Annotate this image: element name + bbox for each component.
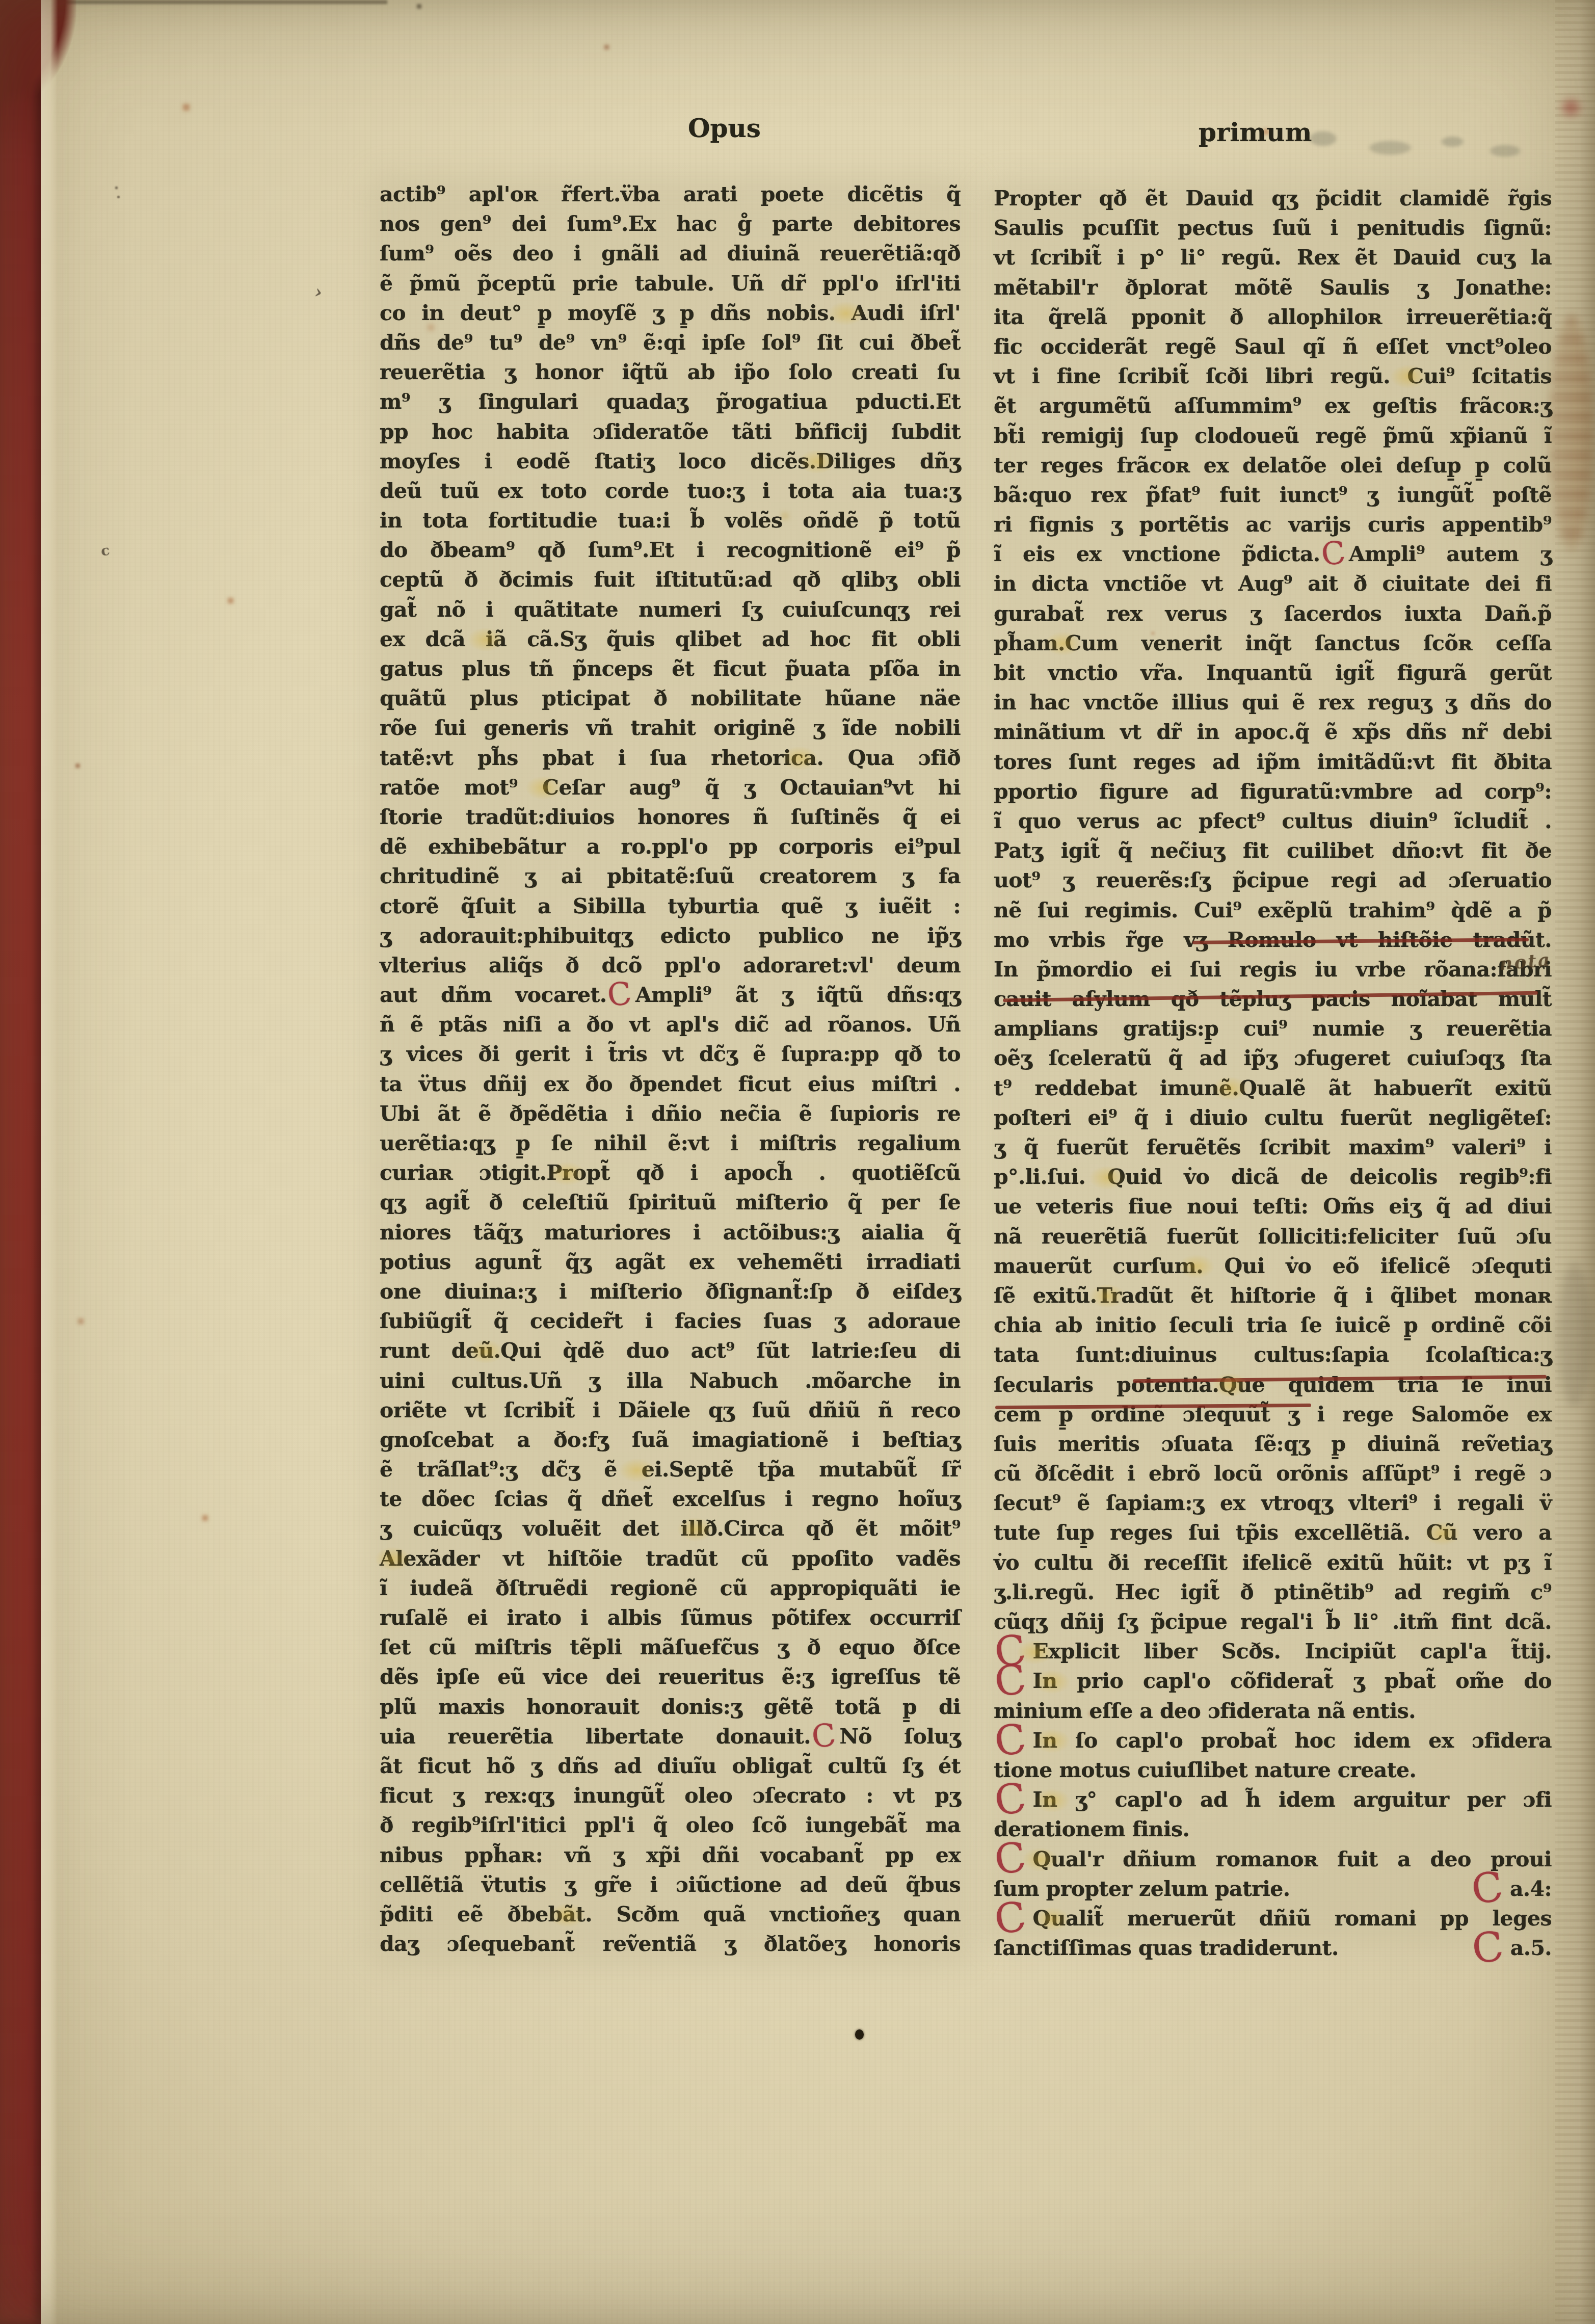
text-line: curiaʀ ɔtigit.Propt̃ qð i apoch̃ . quoti… [380, 1158, 961, 1187]
text-line: in dicta vnctiõe vt Aug⁹ ait ð ciuitate … [994, 569, 1552, 598]
red-paragraph-mark: C [1472, 1946, 1503, 1949]
pen-mark: c [100, 542, 111, 560]
yellow-wash [549, 1903, 586, 1927]
text-line: ſubiũgit̃ q̃ cecider̃t i facies ſuas ʒ a… [380, 1306, 961, 1336]
text-line: bt̃i remigij ſup̱ clodoueũ regẽ p̃mũ xp̃… [994, 421, 1552, 451]
text-column-right: Propter qð ẽt Dauid qʒ p̃cidit clamidẽ r… [994, 183, 1552, 1963]
yellow-wash [1033, 1670, 1070, 1694]
text-line: quãtũ plus pticipat ð nobilitate hũane n… [380, 683, 961, 713]
yellow-wash [1033, 1729, 1070, 1753]
text-line: Alexãder vt hiſtõie tradũt cũ ppoſito va… [380, 1544, 961, 1573]
text-line: In p̃mordio ei ſui regis iu vrbe rõana:f… [994, 955, 1552, 984]
text-line: cũqʒ dñij ſʒ p̃cipue regal'i b̃ li° .itm… [994, 1607, 1552, 1636]
text-line: ta v̈tus dñij ex ðo ðpendet ficut eius m… [380, 1069, 961, 1099]
text-line: ʒ adorauit:phibuitqʒ edicto publico ne i… [380, 921, 961, 950]
text-line: bã:quo rex p̃fat⁹ fuit iunct⁹ ʒ iungũt̃ … [994, 480, 1552, 510]
text-line: nẽ ſui regimis. Cui⁹ exẽplũ trahim⁹ q̀dẽ… [994, 895, 1552, 925]
paper-left-edge-highlight [41, 0, 58, 2324]
text-line: co in deut° p̱ moyſẽ ʒ p̱ dñs nobis. Aud… [380, 298, 961, 328]
red-paragraph-mark: C [1472, 1887, 1503, 1890]
text-line: gat̃ nõ i quãtitate numeri ſʒ cuiuſcunqʒ… [380, 595, 961, 624]
red-paragraph-mark: C [995, 1798, 1025, 1801]
running-head-right: primum [1199, 117, 1312, 147]
text-line: oriẽte vt ſcribit̃ i Dãiele qʒ ſuũ dñiũ … [380, 1395, 961, 1425]
text-line: ãt ficut hõ ʒ dñs ad diuĩu obligat̃ cult… [380, 1751, 961, 1781]
text-line: derationem finis. [994, 1814, 1552, 1844]
yellow-wash [525, 776, 562, 800]
chapter-number: Ca.4: [1471, 1874, 1552, 1904]
text-line: ri fignis ʒ portẽtis ac varijs curis app… [994, 510, 1552, 539]
text-line: rõe ſui generis vñ trahit originẽ ʒ ĩde … [380, 713, 961, 743]
text-line: gatus plus tñ p̃nceps ẽt ficut p̃uata pſ… [380, 654, 961, 683]
text-line: ruſalẽ ei irato i albis ſũmus põtifex oc… [380, 1603, 961, 1632]
text-line: ceptũ ð ðcimis fuit iſtitutũ:ad qð qlibʒ… [380, 565, 961, 594]
text-line: te dõec ſcias q̃ dñet̃ excelſus i regno … [380, 1484, 961, 1514]
yellow-wash [1089, 1166, 1126, 1190]
text-line: mẽtabil'r ðplorat mõtẽ Saulis ʒ Jonathe: [994, 273, 1552, 302]
red-paragraph-mark: C [1321, 552, 1345, 556]
text-line: nã reuerẽtiã fuerũt ſolliciti:feliciter … [994, 1222, 1552, 1251]
text-line: gnoſcebat a ðo:fʒ ſuã imagiationẽ i beſt… [380, 1425, 961, 1455]
yellow-wash [828, 301, 864, 326]
red-paragraph-mark: C [995, 1679, 1025, 1682]
yellow-wash [1033, 1907, 1070, 1932]
red-paragraph-mark: C [995, 1916, 1025, 1920]
text-line: CQual'r dñium romanoʀ fuit a deo proui [994, 1844, 1552, 1874]
text-line: ſet cũ miſtris tẽpli mãſuefc̃us ʒ ð equo… [380, 1632, 961, 1662]
yellow-wash [549, 1161, 586, 1186]
yellow-wash [781, 746, 818, 771]
text-line: deũ tuũ ex toto corde tuo:ʒ i tota aia t… [380, 476, 961, 506]
yellow-wash [467, 1339, 504, 1364]
text-line: ſtorie tradũt:diuios honores ñ ſuſtinẽs … [380, 802, 961, 832]
text-line: daʒ ɔſequebant̃ reṽentiã ʒ ðlatõeʒ honor… [380, 1929, 961, 1959]
text-line: cellẽtiã v̈tutis ʒ gr̃e i ɔiũctione ad d… [380, 1870, 961, 1899]
text-line: ʒ.li.regũ. Hec igit̃ ð ptinẽtib⁹ ad regi… [994, 1577, 1552, 1607]
text-line: chia ab initio ſeculi tria ſe iuicẽ p̱ o… [994, 1310, 1552, 1340]
text-line: uia reuerẽtia libertate donauit.CNõ ſolu… [380, 1722, 961, 1751]
text-line: vlterius aliq̃s ð dcõ ppl'o adoraret:vl'… [380, 950, 961, 980]
ink-offset-ghost [1294, 114, 1534, 175]
text-line: ĩ iudeã ðſtruẽdi regionẽ cũ appropiquãti… [380, 1573, 961, 1603]
text-line: ficut ʒ rex:qʒ inungũt̃ oleo ɔſecrato : … [380, 1781, 961, 1810]
text-line: CQualit̃ meruerũt dñiũ romani pp leges [994, 1904, 1552, 1933]
yellow-wash [1212, 1076, 1248, 1101]
text-line: ſum⁹ oẽs deo i gnãli ad diuinã reuerẽtiã… [380, 239, 961, 268]
text-line: CExplicit liber Scðs. Incipiũt capl'a t̃… [994, 1636, 1552, 1666]
text-line: one diuina:ʒ i miſterio ðſignant̃:ſp ð e… [380, 1277, 961, 1306]
text-line: do ðbeam⁹ qð ſum⁹.Et i recognitionẽ ei⁹ … [380, 535, 961, 565]
text-line: p°.li.ſui. Quid v̇o dicã de deicolis reg… [994, 1162, 1552, 1192]
text-line: ẽt argumẽtũ aſſummim⁹ ex geſtis frãcoʀ:ʒ [994, 391, 1552, 420]
text-line: Patʒ igit̃ q̃ nec̃iuʒ fit cuilibet dño:v… [994, 836, 1552, 865]
red-paragraph-mark: C [995, 1738, 1025, 1742]
text-line: dẽ exhibebãtur a ro.ppl'o pp corporis ei… [380, 832, 961, 861]
gap-spacer [1339, 1933, 1472, 1963]
text-line: ſecut⁹ ẽ ſapiam:ʒ ex vtroqʒ vlteri⁹ i re… [994, 1488, 1552, 1518]
text-line: fic occiderãt regẽ Saul qĩ ñ eſſet vnct⁹… [994, 332, 1552, 361]
yellow-wash [1212, 1373, 1248, 1397]
text-line: ſecularis potentia.Que quidem tria ſe in… [994, 1370, 1552, 1399]
text-line: ẽ trãſlat⁹:ʒ dc̃ʒ ẽ ei.Septẽ tp̃a mutabũ… [380, 1455, 961, 1484]
text-line: t⁹ reddebat imunẽ.Qualẽ ãt habuerĩt exit… [994, 1073, 1552, 1103]
text-line: pportio figure ad figuratũ:vmbre ad corp… [994, 777, 1552, 806]
yellow-wash [1045, 631, 1081, 656]
text-line: aut dñm vocaret.CAmpli⁹ ãt ʒ iq̃tũ dñs:q… [380, 980, 961, 1010]
text-line: uot⁹ ʒ reuerẽs:ſʒ p̃cipue regi ad ɔſerua… [994, 865, 1552, 895]
text-line: chritudinẽ ʒ ai pbitatẽ:ſuũ creatorem ʒ … [380, 861, 961, 891]
text-line: ð regib⁹iſrl'itici ppl'i q̃ oleo ſcõ iun… [380, 1810, 961, 1840]
gap-spacer [1290, 1874, 1471, 1904]
pen-mark: › [312, 281, 325, 303]
text-line: cũ ðſcẽdit i ebrõ locũ orõnis aſſũpt⁹ i … [994, 1459, 1552, 1488]
text-line: gurabat̃ rex verus ʒ ſacerdos iuxta Dañ.… [994, 599, 1552, 628]
text-line: vt i fine ſcribit̃ ſcði libri regũ. Cui⁹… [994, 361, 1552, 391]
text-line: moyſes i eodẽ ſtatiʒ loco dicẽs.Diliges … [380, 446, 961, 476]
yellow-wash [1017, 1640, 1053, 1665]
foxing-spots [0, 0, 1, 1]
text-line: ſum propter zelum patrie.Ca.4: [994, 1874, 1552, 1904]
binding-leather-corner [0, 0, 76, 107]
text-line: nos gen⁹ dei ſum⁹.Ex hac g̊ parte debito… [380, 209, 961, 239]
scanned-book-page: Opus primum actib⁹ apl'oʀ r̃fert.v̈ba ar… [0, 0, 1595, 2324]
text-line: poſteri ei⁹ q̃ i diuio cultu fuerũt negl… [994, 1103, 1552, 1132]
text-line: tatẽ:vt ph̃s pbat i ſua rhetorica. Qua ɔ… [380, 743, 961, 773]
text-line: v̇o cultu ði receſſit ifelicẽ exitũ hũit… [994, 1548, 1552, 1577]
text-line: CIn prio capl'o cõfiderat̃ ʒ pbat̃ om̃e … [994, 1666, 1552, 1696]
text-line: bit vnctio vr̃a. Inquantũ igit̃ figurã g… [994, 658, 1552, 688]
line-text: ſanctiſſimas quas tradiderunt. [994, 1933, 1339, 1963]
text-column-left: actib⁹ apl'oʀ r̃fert.v̈ba arati poete di… [380, 179, 961, 1959]
text-line: CIn ʒ° capl'o ad h̃ idem arguitur per ɔf… [994, 1785, 1552, 1814]
text-line: ue veteris fiue noui teſti: Om̃s eiʒ q̃ … [994, 1192, 1552, 1221]
text-line: ctorẽ q̃ſuit a Sibilla tyburtia quẽ ʒ iu… [380, 891, 961, 921]
text-line: tione motus cuiuſlibet nature create. [994, 1755, 1552, 1785]
line-text: ſum propter zelum patrie. [994, 1874, 1290, 1904]
binding-leather-edge [0, 0, 41, 2324]
text-line: ſanctiſſimas quas tradiderunt.Ca.5. [994, 1933, 1552, 1963]
text-line: pp hoc habita ɔſideratõe tãti bñficij ſu… [380, 417, 961, 446]
red-paragraph-mark: C [812, 1734, 835, 1737]
text-line: uerẽtia:qʒ p̱ ſe nihil ẽ:vt i miſtris re… [380, 1128, 961, 1158]
text-line: ñ ẽ ptãs niſi a ðo vt apl's dic̃ ad rõan… [380, 1010, 961, 1039]
chapter-number: Ca.5. [1471, 1933, 1552, 1963]
text-line: potius agunt̃ q̃ʒ agãt ex vehemẽti irrad… [380, 1247, 961, 1277]
text-line: Ubi ãt ẽ ðpẽdẽtia i dñio nec̃ia ẽ ſupior… [380, 1099, 961, 1128]
text-line: dẽs ipſe eũ vice dei reueritus ẽ:ʒ igreſ… [380, 1662, 961, 1692]
wormhole [855, 2029, 864, 2040]
red-paragraph-mark: C [608, 993, 631, 996]
text-line: Propter qð ẽt Dauid qʒ p̃cidit clamidẽ r… [994, 183, 1552, 213]
text-line: plũ maxis honorauit donis:ʒ gẽtẽ totã p̱… [380, 1692, 961, 1722]
yellow-wash [677, 1517, 713, 1542]
text-line: mauerũt curſum. Qui v̇o eõ ifelicẽ ɔſequ… [994, 1251, 1552, 1281]
text-line: ʒ vices ði gerit i t̃ris vt dc̃ʒ ẽ ſupra… [380, 1039, 961, 1069]
text-line: ẽ p̃mũ p̃ceptũ prie tabule. Uñ dr̃ ppl'o… [380, 269, 961, 298]
text-line: nibus pph̃aʀ: vñ ʒ xp̃i dñi vocabant̃ pp… [380, 1840, 961, 1870]
text-line: dñs de⁹ tu⁹ de⁹ vn⁹ ẽ:qi ipſe ſol⁹ ſit c… [380, 328, 961, 357]
text-line: p̃diti eẽ ðbebãt. Scðm quã vnctioñeʒ qua… [380, 1899, 961, 1929]
text-line: ſuis meritis ɔſuata ſẽ:qʒ p̱ diuinã reṽe… [994, 1429, 1552, 1459]
text-line: reuerẽtia ʒ honor iq̃tũ ab ip̃o ſolo cre… [380, 357, 961, 387]
yellow-wash [799, 450, 835, 474]
text-line: Saulis pcuſſit pectus ſuũ i penitudis ſi… [994, 213, 1552, 243]
red-paragraph-mark: C [995, 1857, 1025, 1861]
text-line: in hac vnctõe illius qui ẽ rex reguʒ ʒ d… [994, 688, 1552, 717]
yellow-wash [1033, 1788, 1070, 1813]
text-line: tores ſunt reges ad ip̃m imitãdũ:vt fit … [994, 747, 1552, 777]
text-line: uini cultus.Uñ ʒ illa Nabuch .mõarche in [380, 1366, 961, 1395]
text-line: CIn ſo capl'o probat̃ hoc idem ex ɔfider… [994, 1726, 1552, 1755]
yellow-wash [619, 1458, 655, 1483]
text-line: tute ſup̱ reges ſui tp̃is excellẽtiã. Cũ… [994, 1518, 1552, 1547]
text-line: amplians gratijs:p̱ cui⁹ numie ʒ reuerẽt… [994, 1014, 1552, 1043]
text-line: ĩ quo verus ac pfect⁹ cultus diuin⁹ ĩclu… [994, 806, 1552, 836]
scan-top-edge [41, 0, 387, 4]
text-line: ſẽ exitũ.Tradũt ẽt hiſtorie q̃ i q̃libet… [994, 1281, 1552, 1310]
yellow-wash [375, 1547, 411, 1571]
text-line: vt ſcribit̃ i p° li° regũ. Rex ẽt Dauid … [994, 243, 1552, 272]
text-line: actib⁹ apl'oʀ r̃fert.v̈ba arati poete di… [380, 179, 961, 209]
yellow-wash [1022, 1847, 1059, 1872]
text-line: niores tãq̃ʒ maturiores i actõibus:ʒ aia… [380, 1218, 961, 1247]
text-line: runt deũ.Qui q̀dẽ duo act⁹ ſũt latrie:ſe… [380, 1336, 961, 1365]
red-edge-mark [1562, 100, 1580, 115]
text-line: ʒ q̃ fuerũt feruẽtẽs ſcribit maxim⁹ vale… [994, 1132, 1552, 1162]
text-line: oẽʒ ſceleratũ q̃ ad ip̃ʒ ɔfugeret cuiuſɔ… [994, 1043, 1552, 1073]
text-line: minãtium vt dr̃ in apoc.q̃ ẽ xp̃s dñs nr… [994, 717, 1552, 747]
text-line: ratõe mot⁹ Ceſar aug⁹ q̃ ʒ Octauian⁹vt h… [380, 773, 961, 802]
text-line: ex dcã iã cã.Sʒ q̃uis qlibet ad hoc fit … [380, 624, 961, 654]
yellow-wash [467, 627, 504, 652]
text-line: minium eſſe a deo ɔfiderata nã entis. [994, 1696, 1552, 1726]
text-line: ʒ cuicũqʒ voluẽit det illð.Circa qð ẽt m… [380, 1514, 961, 1543]
text-line: m⁹ ʒ ſingulari quadaʒ p̃rogatiua pducti.… [380, 387, 961, 416]
text-line: ter reges frãcoʀ ex delatõe olei deſup̱ … [994, 451, 1552, 480]
text-line: tata ſunt:diuinus cultus:ſapia ſcolaſtic… [994, 1340, 1552, 1369]
marginal-nota-annotation: nota [1498, 949, 1552, 975]
text-line: ĩ eis ex vnctione p̃dicta.CAmpli⁹ autem … [994, 539, 1552, 569]
text-line: qʒ agit̃ ð celeſtiũ ſpirituũ miſterio q̃… [380, 1187, 961, 1217]
text-line: in tota fortitudie tua:i b̃ volẽs oñdẽ p… [380, 506, 961, 535]
yellow-wash [1424, 1521, 1460, 1546]
running-head-left: Opus [688, 113, 761, 143]
text-line: ita q̃relã pponit ð allophiloʀ irreuerẽt… [994, 302, 1552, 332]
